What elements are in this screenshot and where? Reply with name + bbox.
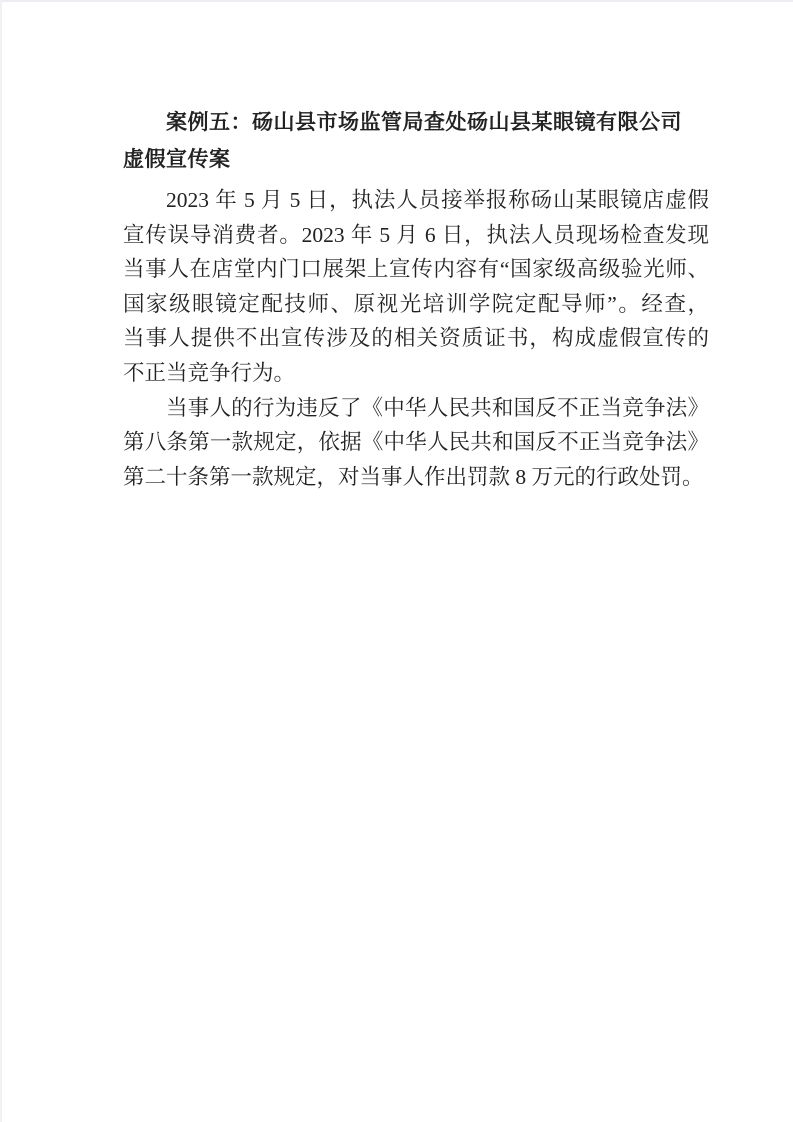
- document-text-block: 案例五：砀山县市场监管局查处砀山县某眼镜有限公司 虚假宣传案 2023 年 5 …: [123, 104, 709, 494]
- case-title: 案例五：砀山县市场监管局查处砀山县某眼镜有限公司 虚假宣传案: [123, 104, 709, 178]
- paragraph-2-line-3: 第二十条第一款规定，对当事人作出罚款 8 万元的行政处罚。: [123, 460, 709, 495]
- paragraph-1: 2023 年 5 月 5 日，执法人员接举报称砀山某眼镜店虚假 宣传误导消费者。…: [123, 183, 709, 391]
- paragraph-1-line-6: 不正当竞争行为。: [123, 356, 709, 391]
- paragraph-2-line-2: 第八条第一款规定，依据《中华人民共和国反不正当竞争法》: [123, 425, 709, 460]
- paragraph-1-line-5: 当事人提供不出宣传涉及的相关资质证书，构成虚假宣传的: [123, 321, 709, 356]
- paragraph-1-line-1: 2023 年 5 月 5 日，执法人员接举报称砀山某眼镜店虚假: [123, 183, 709, 218]
- paragraph-2: 当事人的行为违反了《中华人民共和国反不正当竞争法》 第八条第一款规定，依据《中华…: [123, 391, 709, 495]
- paragraph-1-line-4: 国家级眼镜定配技师、原视光培训学院定配导师”。经查，: [123, 287, 709, 322]
- paragraph-1-line-2: 宣传误导消费者。2023 年 5 月 6 日，执法人员现场检查发现: [123, 218, 709, 253]
- paragraph-2-line-1: 当事人的行为违反了《中华人民共和国反不正当竞争法》: [123, 391, 709, 426]
- paragraph-1-line-3: 当事人在店堂内门口展架上宣传内容有“国家级高级验光师、: [123, 252, 709, 287]
- case-title-line-2: 虚假宣传案: [123, 141, 709, 178]
- document-page: 案例五：砀山县市场监管局查处砀山县某眼镜有限公司 虚假宣传案 2023 年 5 …: [0, 0, 793, 1122]
- case-title-line-1: 案例五：砀山县市场监管局查处砀山县某眼镜有限公司: [123, 104, 709, 141]
